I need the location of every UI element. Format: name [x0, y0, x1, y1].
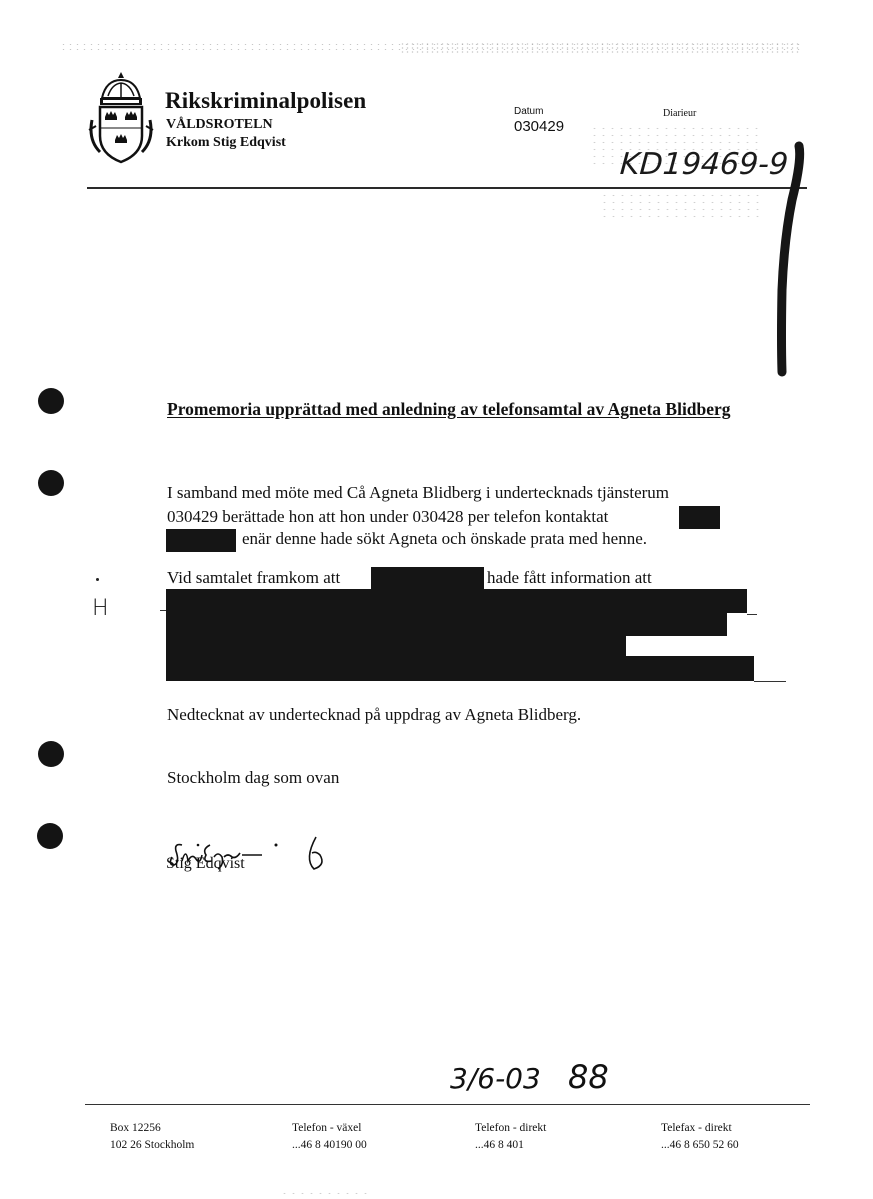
punch-hole [38, 388, 64, 414]
coat-of-arms-icon [86, 70, 156, 166]
redaction-block [166, 612, 727, 636]
scan-noise-header-lower [600, 192, 760, 220]
header-divider [87, 187, 807, 189]
scan-noise-bottom [280, 1190, 370, 1194]
margin-dot [96, 578, 99, 581]
direct-phone-value: ...46 8 401 [475, 1137, 546, 1154]
redaction-box [679, 506, 720, 529]
margin-annotation: H [92, 596, 109, 621]
fax-value: ...46 8 650 52 60 [661, 1137, 739, 1154]
punch-hole [38, 741, 64, 767]
footer-address: Box 12256 102 26 Stockholm [110, 1120, 194, 1154]
redaction-box [371, 567, 484, 589]
paragraph1-line3: enär denne hade sökt Agneta och önskade … [242, 527, 647, 551]
handwritten-page-number: 88 [568, 1058, 609, 1096]
fax-label: Telefax - direkt [661, 1120, 739, 1137]
paragraph2-line1-after: hade fått information att [487, 566, 652, 590]
margin-tick [747, 614, 757, 615]
margin-tick [160, 610, 166, 611]
date-value: 030429 [514, 118, 564, 135]
agency-name: Rikskriminalpolisen [165, 88, 366, 114]
department-name: VÅLDSROTELN [166, 117, 273, 133]
redaction-block [166, 635, 626, 657]
scan-noise-top-dense [400, 42, 800, 54]
document-title: Promemoria upprättad med anledning av te… [167, 398, 767, 421]
footer-direct-phone: Telefon - direkt ...46 8 401 [475, 1120, 546, 1154]
handwritten-bracket-mark [760, 140, 820, 390]
footer-divider [85, 1104, 810, 1105]
address-line1: Box 12256 [110, 1120, 194, 1137]
paragraph1-line1: I samband med möte med Cå Agneta Blidber… [167, 481, 669, 505]
paragraph2-line1-before: Vid samtalet framkom att [167, 566, 340, 590]
footer-fax: Telefax - direkt ...46 8 650 52 60 [661, 1120, 739, 1154]
address-line2: 102 26 Stockholm [110, 1137, 194, 1154]
direct-phone-label: Telefon - direkt [475, 1120, 546, 1137]
punch-hole [38, 470, 64, 496]
redaction-block [166, 656, 754, 681]
redaction-block [166, 589, 747, 613]
diary-label: Diarieur [663, 108, 696, 119]
footer-switchboard: Telefon - växel ...46 8 40190 00 [292, 1120, 367, 1154]
paragraph1-line2: 030429 berättade hon att hon under 03042… [167, 505, 608, 529]
switchboard-label: Telefon - växel [292, 1120, 367, 1137]
switchboard-value: ...46 8 40190 00 [292, 1137, 367, 1154]
redaction-box [166, 529, 236, 552]
handwritten-date: 3/6-03 [450, 1062, 541, 1095]
closing-statement: Nedtecknat av undertecknad på uppdrag av… [167, 703, 581, 727]
signer-name: Stig Edqvist [166, 855, 245, 873]
date-label: Datum [514, 106, 543, 117]
margin-tick [754, 681, 786, 682]
place-date: Stockholm dag som ovan [167, 766, 339, 790]
punch-hole [37, 823, 63, 849]
officer-name: Krkom Stig Edqvist [166, 135, 286, 151]
